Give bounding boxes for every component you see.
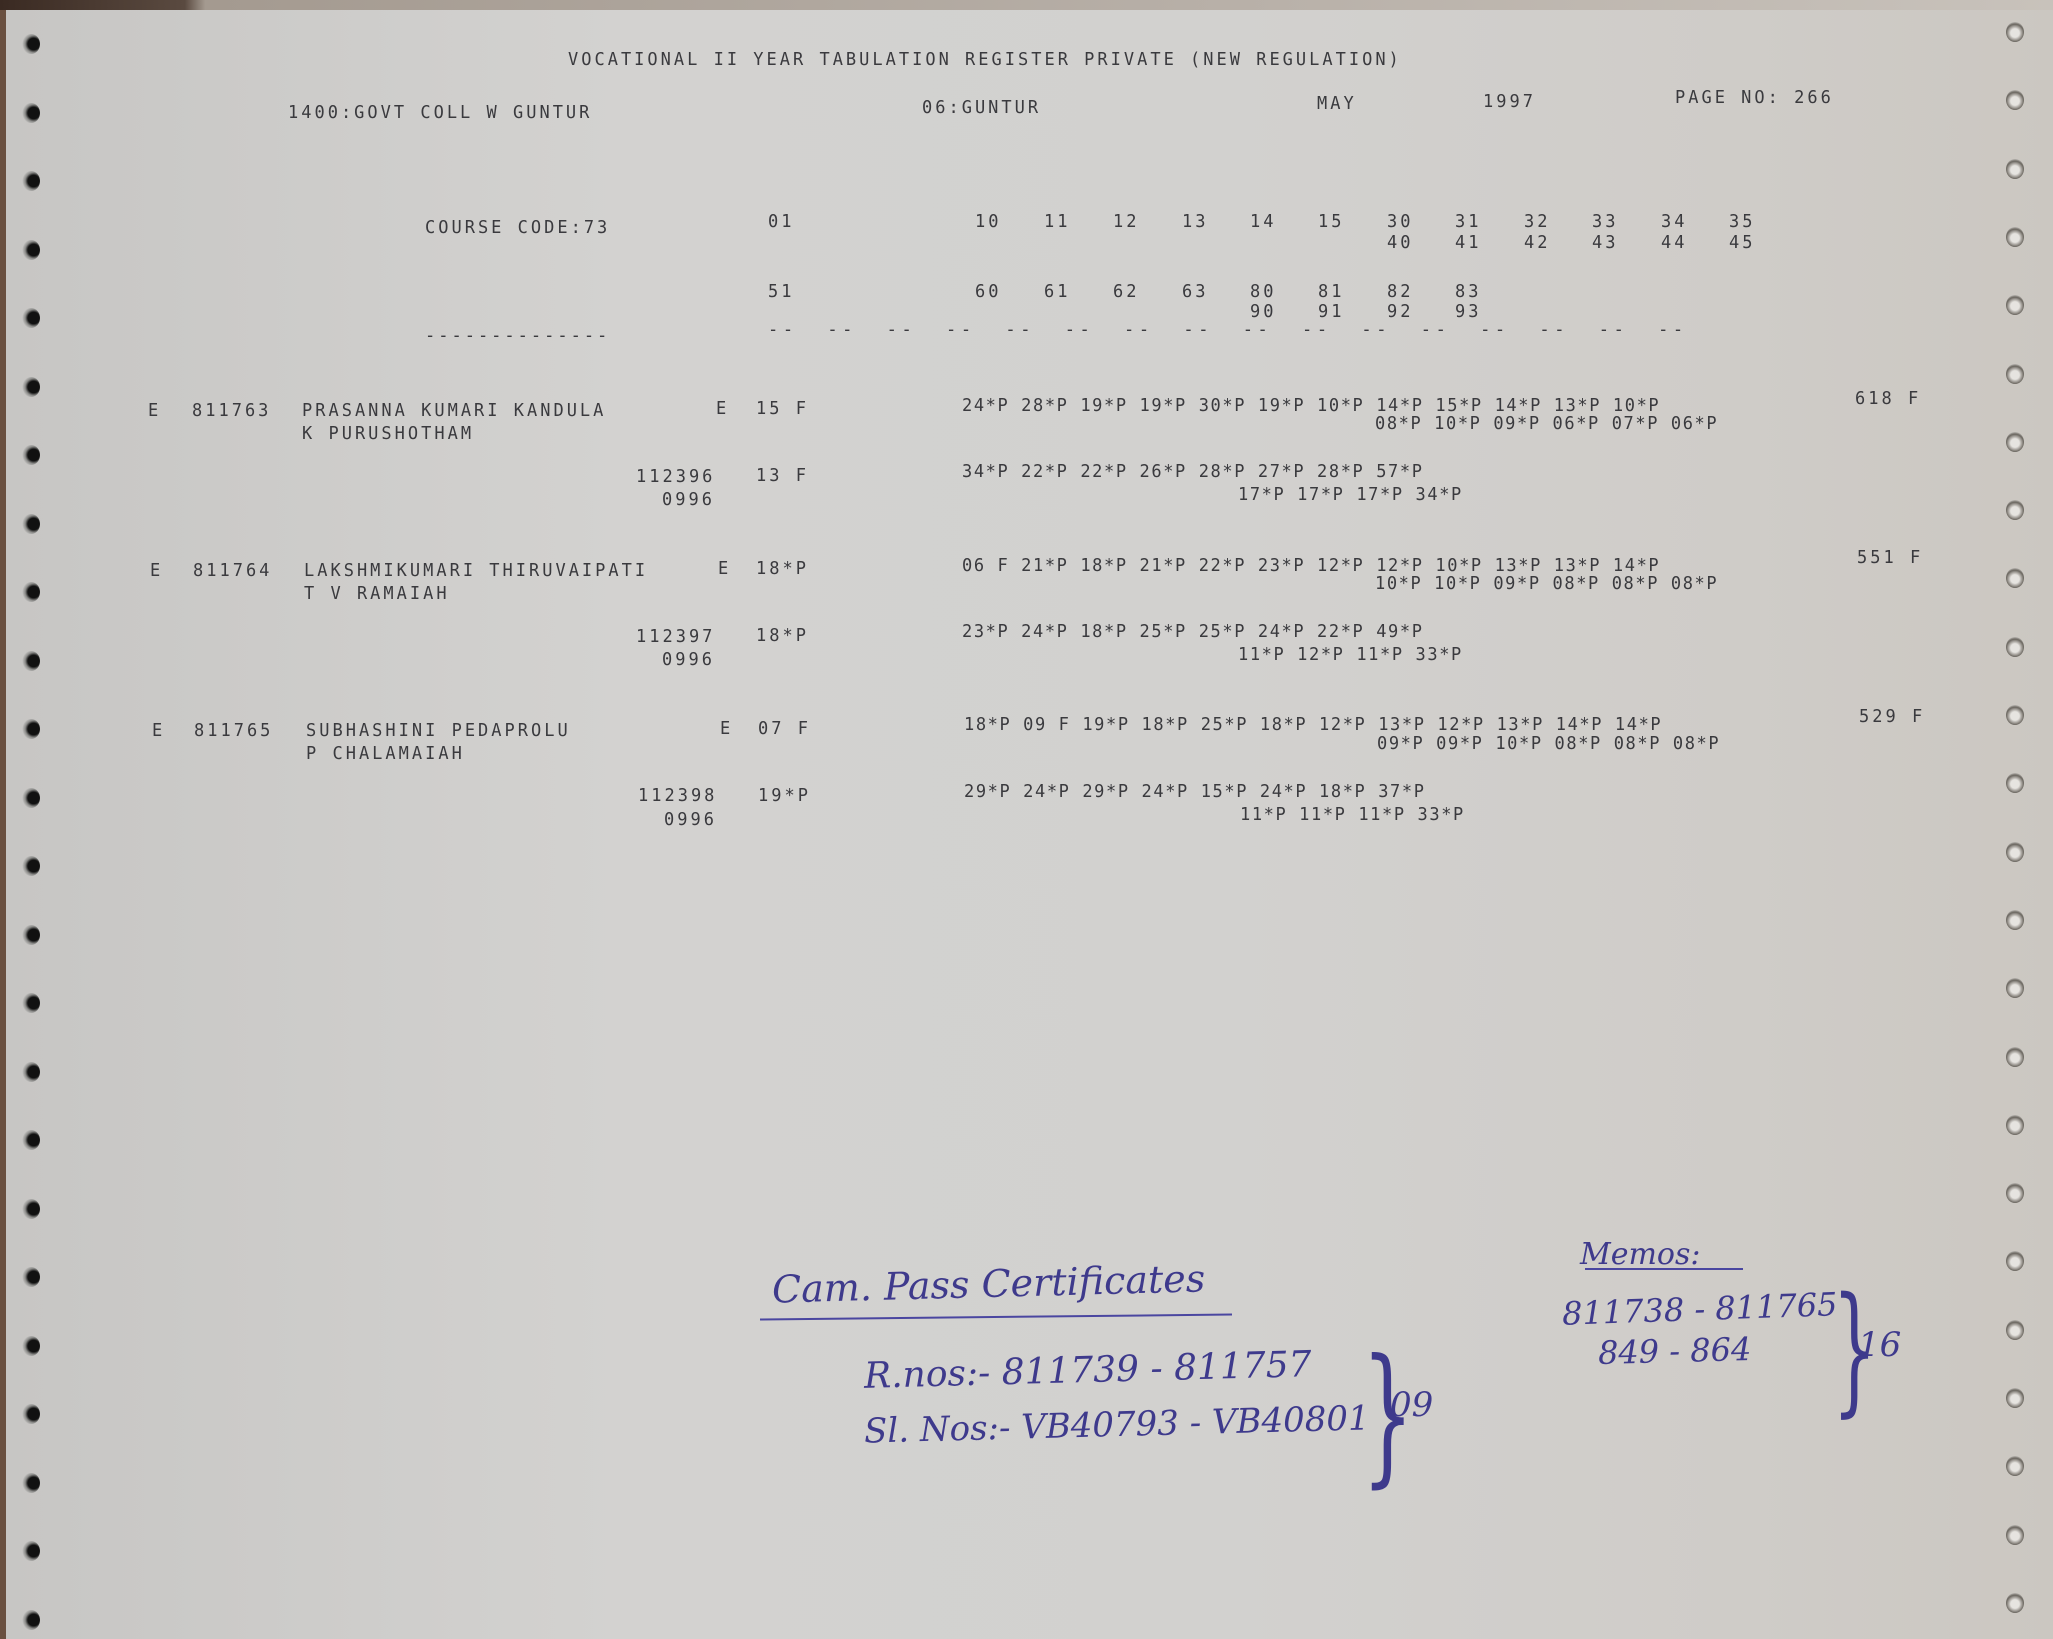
memo-title-underline — [1585, 1268, 1743, 1270]
first-subject-mark: 18*P — [756, 559, 809, 580]
first-subject-mark: 15 F — [756, 399, 809, 420]
sprocket-hole — [22, 719, 40, 739]
sprocket-hole — [22, 1404, 40, 1424]
sprocket-hole — [22, 171, 40, 191]
sprocket-hole — [22, 925, 40, 945]
printout-page — [6, 10, 2053, 1639]
marks-row2: 29*P 24*P 29*P 24*P 15*P 24*P 18*P 37*P — [964, 782, 1426, 803]
sprocket-hole — [22, 788, 40, 808]
memo-count: 16 — [1858, 1325, 1901, 1365]
sprocket-hole — [22, 514, 40, 534]
sprocket-hole — [22, 1267, 40, 1287]
total-result: 551 F — [1857, 548, 1923, 569]
marks-row1b: 08*P 10*P 09*P 06*P 07*P 06*P — [1375, 414, 1718, 435]
previous-roll: 112397 — [636, 627, 715, 648]
marks-row1b: 09*P 09*P 10*P 08*P 08*P 08*P — [1377, 734, 1720, 755]
sprocket-hole — [22, 445, 40, 465]
page-number: PAGE NO: 266 — [1675, 88, 1834, 109]
subject-code: 13 — [1182, 212, 1208, 233]
sprocket-hole — [2006, 1183, 2024, 1203]
sprocket-hole — [22, 1610, 40, 1630]
course-code: COURSE CODE:73 — [425, 218, 610, 239]
previous-session: 0996 — [662, 650, 715, 671]
sprocket-hole — [2006, 910, 2024, 930]
marks-row1: 18*P 09 F 19*P 18*P 25*P 18*P 12*P 13*P … — [964, 715, 1662, 736]
subject-code: 42 — [1524, 233, 1550, 254]
subject-code: 32 — [1524, 212, 1550, 233]
language-medium: E — [720, 719, 733, 740]
subject-code: 12 — [1113, 212, 1139, 233]
sprocket-hole — [22, 1062, 40, 1082]
sprocket-hole — [2006, 705, 2024, 725]
memo-serial-range: 849 - 864 — [1598, 1330, 1752, 1372]
previous-roll: 112398 — [638, 786, 717, 807]
sprocket-hole — [2006, 1525, 2024, 1545]
subject-code: 31 — [1455, 212, 1481, 233]
sprocket-hole — [2006, 1047, 2024, 1067]
sprocket-hole — [2006, 1320, 2024, 1340]
marks-row2: 34*P 22*P 22*P 26*P 28*P 27*P 28*P 57*P — [962, 462, 1424, 483]
sprocket-hole — [22, 34, 40, 54]
marks-row2: 23*P 24*P 18*P 25*P 25*P 24*P 22*P 49*P — [962, 622, 1424, 643]
marks-row2b: 17*P 17*P 17*P 34*P — [1238, 485, 1463, 506]
medium: E — [148, 401, 161, 422]
language-medium: E — [718, 559, 731, 580]
sprocket-hole — [22, 582, 40, 602]
sprocket-hole — [2006, 22, 2024, 42]
subject-code: 40 — [1387, 233, 1413, 254]
medium: E — [150, 561, 163, 582]
previous-first-mark: 13 F — [756, 466, 809, 487]
subject-code: 11 — [1044, 212, 1070, 233]
subject-code: 60 — [975, 282, 1001, 303]
subject-code: 35 — [1729, 212, 1755, 233]
previous-session: 0996 — [662, 490, 715, 511]
sprocket-hole — [2006, 1593, 2024, 1613]
medium: E — [152, 721, 165, 742]
sprocket-hole — [22, 651, 40, 671]
subject-code: 80 — [1250, 282, 1276, 303]
sprocket-hole — [22, 1336, 40, 1356]
previous-session: 0996 — [664, 810, 717, 831]
sprocket-hole — [22, 308, 40, 328]
roll-number: 811763 — [192, 401, 271, 422]
sprocket-hole — [2006, 1115, 2024, 1135]
subject-code: 10 — [975, 212, 1001, 233]
total-result: 618 F — [1855, 389, 1921, 410]
sprocket-hole — [22, 1541, 40, 1561]
student-name: PRASANNA KUMARI KANDULA — [302, 401, 606, 422]
marks-row1b: 10*P 10*P 09*P 08*P 08*P 08*P — [1375, 574, 1718, 595]
subject-code: 41 — [1455, 233, 1481, 254]
column-dashes: -- -- -- -- -- -- -- -- -- -- -- -- -- -… — [768, 320, 1688, 341]
previous-first-mark: 19*P — [758, 786, 811, 807]
subject-code: 15 — [1318, 212, 1344, 233]
sprocket-hole — [2006, 842, 2024, 862]
subject-code: 01 — [768, 212, 794, 233]
sprocket-hole — [2006, 159, 2024, 179]
student-name: SUBHASHINI PEDAPROLU — [306, 721, 571, 742]
subject-code: 83 — [1455, 282, 1481, 303]
sprocket-hole — [2006, 1388, 2024, 1408]
subject-code: 45 — [1729, 233, 1755, 254]
district-code: 06:GUNTUR — [922, 98, 1041, 119]
memo-title: Memos: — [1580, 1237, 1700, 1272]
subject-code: 33 — [1592, 212, 1618, 233]
sprocket-hole — [2006, 500, 2024, 520]
cert-count: 09 — [1390, 1385, 1433, 1425]
roll-number: 811765 — [194, 721, 273, 742]
subject-code: 62 — [1113, 282, 1139, 303]
subject-code: 30 — [1387, 212, 1413, 233]
previous-first-mark: 18*P — [756, 626, 809, 647]
sprocket-hole — [2006, 432, 2024, 452]
sprocket-hole — [22, 1199, 40, 1219]
student-name: LAKSHMIKUMARI THIRUVAIPATI — [304, 561, 648, 582]
sprocket-hole — [22, 993, 40, 1013]
marks-row2b: 11*P 12*P 11*P 33*P — [1238, 645, 1463, 666]
college-code: 1400:GOVT COLL W GUNTUR — [288, 103, 592, 124]
sprocket-hole — [22, 103, 40, 123]
language-medium: E — [716, 399, 729, 420]
subject-code: 44 — [1661, 233, 1687, 254]
subject-code: 51 — [768, 282, 794, 303]
father-name: T V RAMAIAH — [304, 584, 450, 605]
sprocket-hole — [22, 1130, 40, 1150]
first-subject-mark: 07 F — [758, 719, 811, 740]
subject-code: 63 — [1182, 282, 1208, 303]
father-name: P CHALAMAIAH — [306, 744, 465, 765]
exam-year: 1997 — [1483, 92, 1536, 113]
exam-month: MAY — [1317, 94, 1357, 115]
subject-code: 61 — [1044, 282, 1070, 303]
previous-roll: 112396 — [636, 467, 715, 488]
subject-code: 81 — [1318, 282, 1344, 303]
sprocket-hole — [22, 377, 40, 397]
total-result: 529 F — [1859, 707, 1925, 728]
sprocket-hole — [2006, 364, 2024, 384]
father-name: K PURUSHOTHAM — [302, 424, 474, 445]
sprocket-hole — [22, 856, 40, 876]
roll-number: 811764 — [193, 561, 272, 582]
subject-code: 43 — [1592, 233, 1618, 254]
subject-code: 14 — [1250, 212, 1276, 233]
subject-code: 82 — [1387, 282, 1413, 303]
sprocket-hole — [2006, 637, 2024, 657]
sprocket-hole — [2006, 227, 2024, 247]
course-underline: -------------- — [425, 326, 610, 347]
sprocket-hole — [22, 1473, 40, 1493]
report-title: VOCATIONAL II YEAR TABULATION REGISTER P… — [568, 50, 1402, 71]
subject-code: 34 — [1661, 212, 1687, 233]
sprocket-hole — [22, 240, 40, 260]
marks-row2b: 11*P 11*P 11*P 33*P — [1240, 805, 1465, 826]
